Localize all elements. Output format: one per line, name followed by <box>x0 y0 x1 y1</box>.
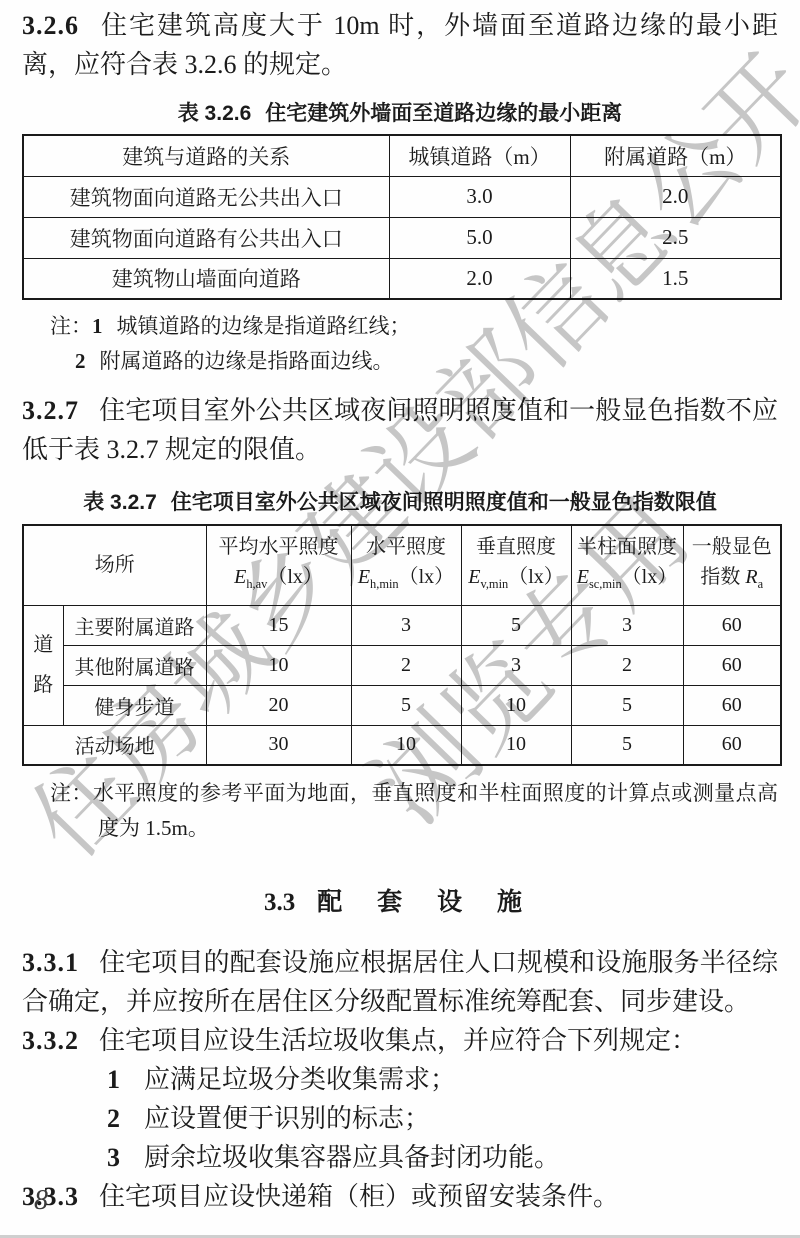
table-header-row: 建筑与道路的关系 城镇道路（m） 附属道路（m） <box>23 135 781 176</box>
clause-number: 3.2.7 <box>22 396 79 425</box>
note-number: 2 <box>75 349 86 373</box>
list-item-text: 应设置便于识别的标志； <box>144 1104 430 1133</box>
list-item-3: 3厨余垃圾收集容器应具备封闭功能。 <box>22 1138 778 1177</box>
cell-value: 3 <box>571 605 683 645</box>
cell-value: 20 <box>206 685 351 725</box>
note-text: 城镇道路的边缘是指道路红线； <box>117 314 411 338</box>
header-cell-urban-road: 城镇道路（m） <box>389 135 570 176</box>
cell-attached-value: 2.5 <box>570 217 781 258</box>
table-row: 健身步道 20 5 10 5 60 <box>23 685 781 725</box>
paragraph-3-2-6: 3.2.6住宅建筑高度大于 10m 时，外墙面至道路边缘的最小距离，应符合表 3… <box>22 6 778 84</box>
header-cell-relation: 建筑与道路的关系 <box>23 135 389 176</box>
cell-urban-value: 5.0 <box>389 217 570 258</box>
clause-text: 住宅建筑高度大于 10m 时，外墙面至道路边缘的最小距离，应符合表 3.2.6 … <box>22 11 778 79</box>
header-cell-place: 场所 <box>23 525 206 605</box>
cell-value: 2 <box>571 645 683 685</box>
paragraph-3-2-7: 3.2.7住宅项目室外公共区域夜间照明照度值和一般显色指数不应低于表 3.2.7… <box>22 391 778 469</box>
paragraph-3-3-1: 3.3.1住宅项目的配套设施应根据居住人口规模和设施服务半径综合确定，并应按所在… <box>22 943 778 1021</box>
cell-relation: 建筑物山墙面向道路 <box>23 258 389 299</box>
table-caption-number: 表 3.2.7 <box>83 491 157 514</box>
header-symbol: Eh,av（lx） <box>211 562 347 599</box>
table-caption-title: 住宅建筑外墙面至道路边缘的最小距离 <box>265 102 622 125</box>
document-page: { "watermark": { "line1": "住房城乡建设部信息公开",… <box>0 0 800 1238</box>
cell-place: 主要附属道路 <box>63 605 206 645</box>
page-number: 8 <box>34 1185 48 1217</box>
table-header-row: 场所 平均水平照度Eh,av（lx） 水平照度Eh,min（lx） 垂直照度Ev… <box>23 525 781 605</box>
cell-value: 5 <box>351 685 461 725</box>
table-row: 活动场地 30 10 10 5 60 <box>23 725 781 765</box>
cell-value: 30 <box>206 725 351 765</box>
cell-value: 60 <box>683 605 781 645</box>
paragraph-3-3-2: 3.3.2住宅项目应设生活垃圾收集点，并应符合下列规定： <box>22 1021 778 1060</box>
table-row: 道路 主要附属道路 15 3 5 3 60 <box>23 605 781 645</box>
cell-urban-value: 3.0 <box>389 176 570 217</box>
list-item-text: 厨余垃圾收集容器应具备封闭功能。 <box>144 1143 560 1172</box>
header-title: 半柱面照度 <box>576 532 679 562</box>
note-number: 1 <box>92 314 103 338</box>
cell-value: 5 <box>571 725 683 765</box>
cell-value: 3 <box>461 645 571 685</box>
cell-value: 10 <box>461 685 571 725</box>
clause-text: 住宅项目室外公共区域夜间照明照度值和一般显色指数不应低于表 3.2.7 规定的限… <box>22 396 778 464</box>
table-row: 其他附属道路 10 2 3 2 60 <box>23 645 781 685</box>
header-title: 水平照度 <box>356 532 457 562</box>
cell-value: 5 <box>461 605 571 645</box>
header-cell-avg-horizontal: 平均水平照度Eh,av（lx） <box>206 525 351 605</box>
cell-value: 2 <box>351 645 461 685</box>
cell-value: 3 <box>351 605 461 645</box>
cell-group-road: 道路 <box>23 605 63 725</box>
table-326-notes: 注：1城镇道路的边缘是指道路红线； 2附属道路的边缘是指路面边线。 <box>22 309 778 379</box>
cell-attached-value: 2.0 <box>570 176 781 217</box>
clause-text: 住宅项目应设快递箱（柜）或预留安装条件。 <box>99 1182 619 1211</box>
table-row: 建筑物山墙面向道路 2.0 1.5 <box>23 258 781 299</box>
cell-place: 其他附属道路 <box>63 645 206 685</box>
table-327: 场所 平均水平照度Eh,av（lx） 水平照度Eh,min（lx） 垂直照度Ev… <box>22 524 782 766</box>
list-item-number: 3 <box>107 1143 120 1172</box>
note-text: 水平照度的参考平面为地面，垂直照度和半柱面照度的计算点或测量点高度为 1.5m。 <box>93 781 778 840</box>
cell-value: 5 <box>571 685 683 725</box>
cell-value: 60 <box>683 645 781 685</box>
section-number: 3.3 <box>264 889 295 916</box>
cell-place: 健身步道 <box>63 685 206 725</box>
paragraph-3-3-3: 3.3.3住宅项目应设快递箱（柜）或预留安装条件。 <box>22 1177 778 1216</box>
cell-place: 活动场地 <box>23 725 206 765</box>
cell-attached-value: 1.5 <box>570 258 781 299</box>
header-symbol: Eh,min（lx） <box>356 562 457 599</box>
header-title: 垂直照度 <box>466 532 567 562</box>
cell-value: 10 <box>461 725 571 765</box>
header-symbol: 指数 Ra <box>688 562 777 599</box>
cell-urban-value: 2.0 <box>389 258 570 299</box>
cell-value: 10 <box>206 645 351 685</box>
clause-number: 3.3.1 <box>22 948 79 977</box>
cell-value: 10 <box>351 725 461 765</box>
cell-value: 60 <box>683 725 781 765</box>
header-cell-color-rendering: 一般显色指数 Ra <box>683 525 781 605</box>
note-line: 注：1城镇道路的边缘是指道路红线； <box>22 309 778 344</box>
page-content: 3.2.6住宅建筑高度大于 10m 时，外墙面至道路边缘的最小距离，应符合表 3… <box>0 0 800 1238</box>
header-symbol: Esc,min（lx） <box>576 562 679 599</box>
note-label: 注： <box>50 781 93 805</box>
table-326-caption: 表 3.2.6住宅建筑外墙面至道路边缘的最小距离 <box>22 97 778 127</box>
header-title: 一般显色 <box>688 532 777 562</box>
header-title: 平均水平照度 <box>211 532 347 562</box>
list-item-number: 2 <box>107 1104 120 1133</box>
clause-number: 3.3.3 <box>22 1182 79 1211</box>
note-label: 注： <box>50 314 92 338</box>
cell-value: 15 <box>206 605 351 645</box>
table-327-note: 注：水平照度的参考平面为地面，垂直照度和半柱面照度的计算点或测量点高度为 1.5… <box>22 776 778 846</box>
header-cell-semicylindrical: 半柱面照度Esc,min（lx） <box>571 525 683 605</box>
clause-number: 3.2.6 <box>22 11 79 40</box>
clause-text: 住宅项目的配套设施应根据居住人口规模和设施服务半径综合确定，并应按所在居住区分级… <box>22 948 778 1016</box>
table-row: 建筑物面向道路有公共出入口 5.0 2.5 <box>23 217 781 258</box>
note-line: 2附属道路的边缘是指路面边线。 <box>22 344 778 379</box>
cell-value: 60 <box>683 685 781 725</box>
table-row: 建筑物面向道路无公共出入口 3.0 2.0 <box>23 176 781 217</box>
header-cell-attached-road: 附属道路（m） <box>570 135 781 176</box>
clause-number: 3.3.2 <box>22 1026 79 1055</box>
table-326: 建筑与道路的关系 城镇道路（m） 附属道路（m） 建筑物面向道路无公共出入口 3… <box>22 134 782 300</box>
section-heading-3-3: 3.3配 套 设 施 <box>22 882 778 918</box>
list-item-2: 2应设置便于识别的标志； <box>22 1099 778 1138</box>
clause-text: 住宅项目应设生活垃圾收集点，并应符合下列规定： <box>99 1026 697 1055</box>
list-item-number: 1 <box>107 1065 120 1094</box>
cell-relation: 建筑物面向道路有公共出入口 <box>23 217 389 258</box>
table-caption-title: 住宅项目室外公共区域夜间照明照度值和一般显色指数限值 <box>171 491 717 514</box>
table-caption-number: 表 3.2.6 <box>178 102 252 125</box>
note-line: 注：水平照度的参考平面为地面，垂直照度和半柱面照度的计算点或测量点高度为 1.5… <box>22 776 778 846</box>
cell-relation: 建筑物面向道路无公共出入口 <box>23 176 389 217</box>
note-text: 附属道路的边缘是指路面边线。 <box>100 349 394 373</box>
header-cell-vertical: 垂直照度Ev,min（lx） <box>461 525 571 605</box>
header-symbol: Ev,min（lx） <box>466 562 567 599</box>
header-cell-horizontal: 水平照度Eh,min（lx） <box>351 525 461 605</box>
list-item-text: 应满足垃圾分类收集需求； <box>144 1065 456 1094</box>
list-item-1: 1应满足垃圾分类收集需求； <box>22 1060 778 1099</box>
table-327-caption: 表 3.2.7住宅项目室外公共区域夜间照明照度值和一般显色指数限值 <box>22 486 778 516</box>
section-title: 配 套 设 施 <box>317 888 536 916</box>
